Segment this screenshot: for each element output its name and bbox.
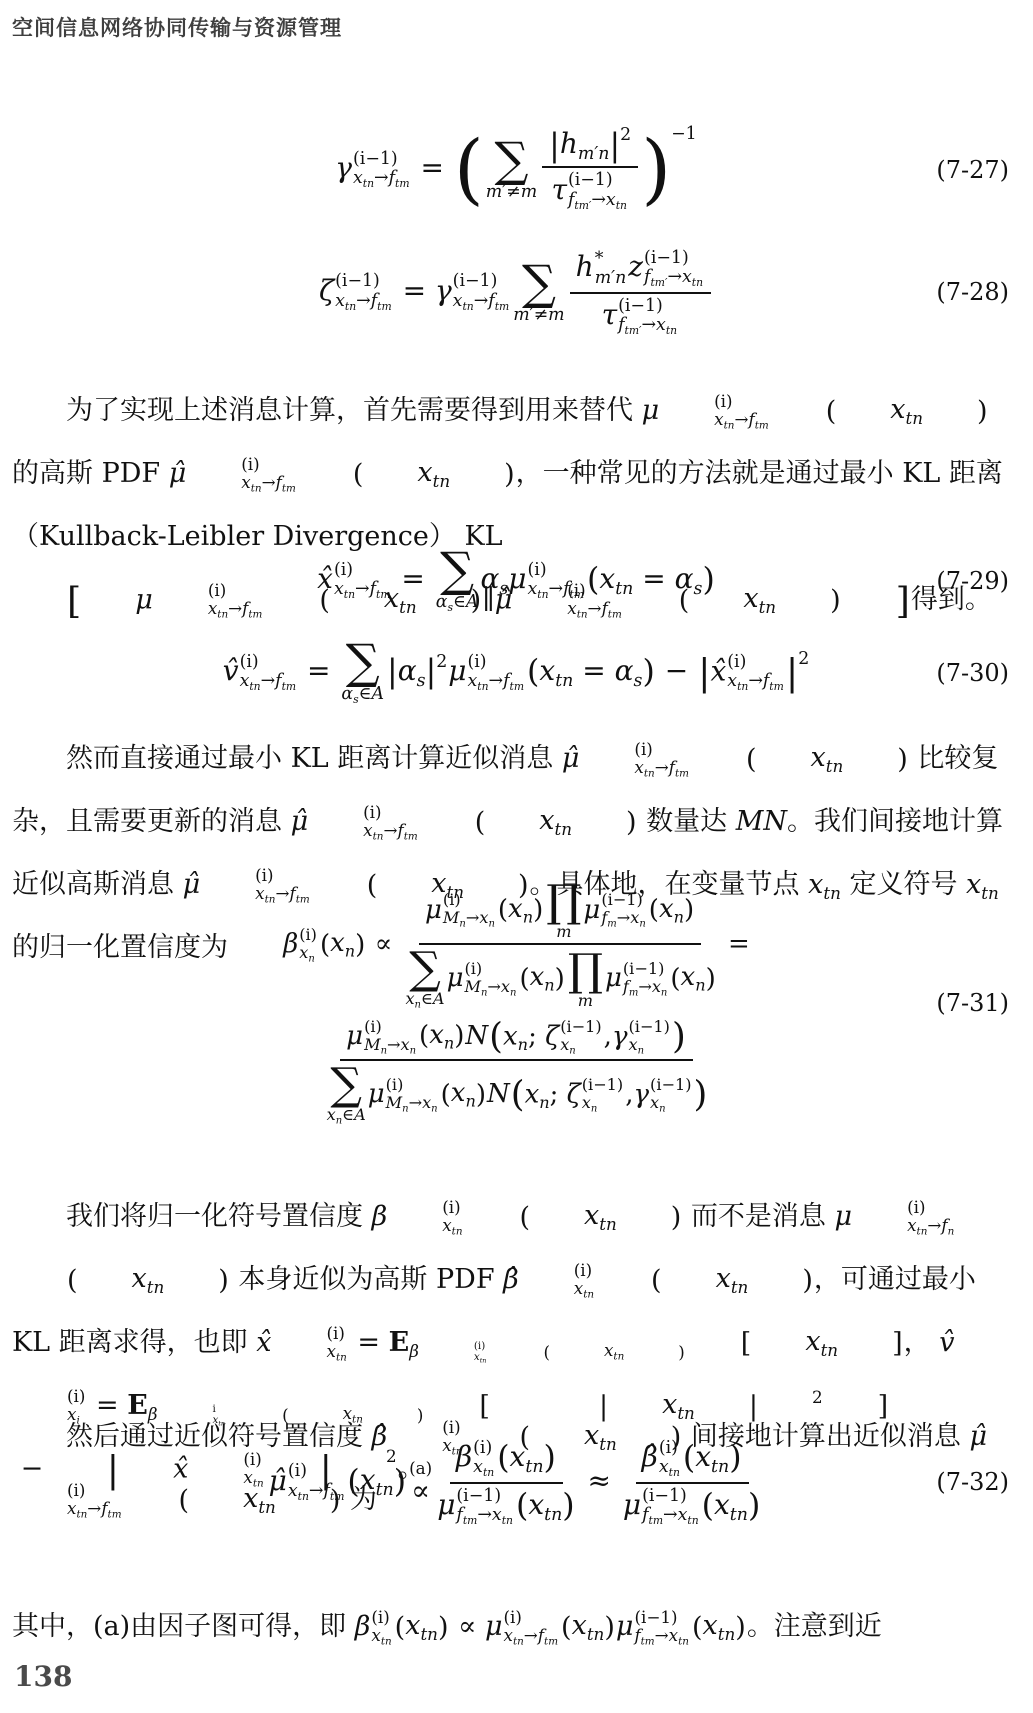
running-header: 空间信息网络协同传输与资源管理 [12, 12, 342, 42]
paragraph-5: 其中，(a)由因子图可得，即 β(i)xtn(xtn) ∝ μ(i)xtn→ft… [12, 1595, 1017, 1658]
equation-7-31-lines: β(i)xn(xn) ∝ μ(i)Mn→xn(xn)∏mμ(i−1)fm→xn(… [60, 880, 973, 1127]
equation-label-7-29: (7-29) [936, 567, 1009, 595]
equation-7-31-line-1: β(i)xn(xn) ∝ μ(i)Mn→xn(xn)∏mμ(i−1)fm→xn(… [283, 880, 750, 1011]
equation-label-7-31: (7-31) [936, 989, 1009, 1017]
equation-7-32-math: μ̂(i)xtn→ftm(xtn)(a)∝β(i)xtn(xtn)μ(i−1)f… [60, 1438, 973, 1527]
equation-7-28-math: ζ(i−1)xtn→ftm = γ(i−1)xtn→ftm∑m′≠mh*m′nz… [60, 248, 973, 337]
equation-7-28: ζ(i−1)xtn→ftm = γ(i−1)xtn→ftm∑m′≠mh*m′nz… [0, 248, 1033, 337]
equation-7-31: β(i)xn(xn) ∝ μ(i)Mn→xn(xn)∏mμ(i−1)fm→xn(… [0, 880, 1033, 1127]
equation-label-7-30: (7-30) [936, 659, 1009, 687]
book-page: 空间信息网络协同传输与资源管理 γ(i−1)xtn→ftm = (∑m′≠m|h… [0, 0, 1033, 1713]
equation-7-30-math: v̂(i)xtn→ftm = ∑αs∈A|αs|2μ(i)xtn→ftm(xtn… [60, 640, 973, 706]
equation-label-7-28: (7-28) [936, 278, 1009, 306]
equation-7-29-math: x̂(i)xtn→ftm = ∑αs∈Aαsμ(i)xtn→ftm(xtn = … [60, 548, 973, 614]
equation-7-31-line-2: μ(i)Mn→xn(xn)N(xn; ζ(i−1)xn,γ(i−1)xn)∑xn… [322, 1017, 712, 1127]
equation-7-30: v̂(i)xtn→ftm = ∑αs∈A|αs|2μ(i)xtn→ftm(xtn… [0, 640, 1033, 706]
equation-7-27-math: γ(i−1)xtn→ftm = (∑m′≠m|hm′n|2τ(i−1)ftm′→… [60, 128, 973, 211]
page-number: 138 [14, 1660, 72, 1693]
equation-7-29: x̂(i)xtn→ftm = ∑αs∈Aαsμ(i)xtn→ftm(xtn = … [0, 548, 1033, 614]
equation-7-32: μ̂(i)xtn→ftm(xtn)(a)∝β(i)xtn(xtn)μ(i−1)f… [0, 1438, 1033, 1527]
equation-label-7-27: (7-27) [936, 156, 1009, 184]
equation-7-27: γ(i−1)xtn→ftm = (∑m′≠m|hm′n|2τ(i−1)ftm′→… [0, 128, 1033, 211]
equation-label-7-32: (7-32) [936, 1468, 1009, 1496]
